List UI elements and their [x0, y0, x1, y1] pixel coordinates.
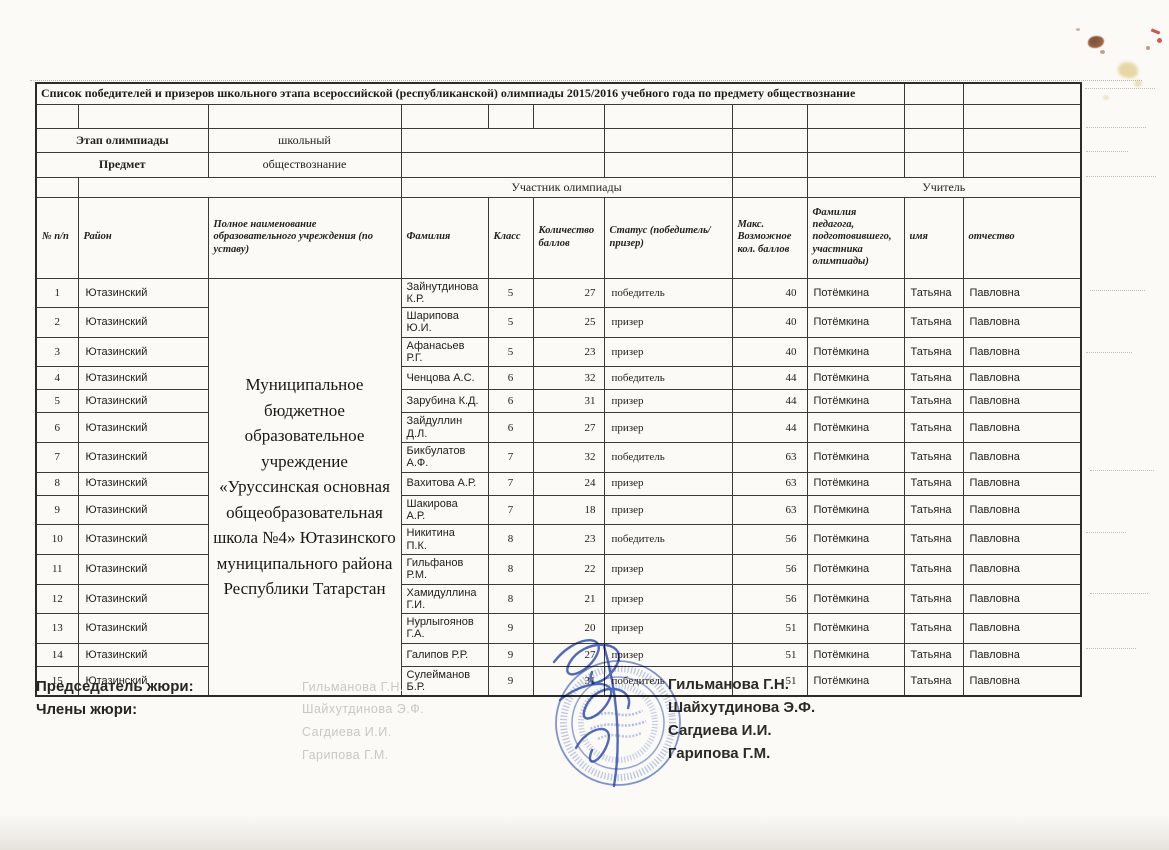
empty-cell — [732, 104, 807, 128]
grade-cell: 5 — [488, 308, 533, 338]
status-cell: победитель — [604, 443, 732, 473]
row-number-cell: 8 — [36, 472, 78, 495]
jury-member-name: Сагдиева И.И. — [668, 722, 772, 739]
school-name: Муниципальное бюджетное образовательное … — [212, 372, 398, 602]
scan-dotted-line — [1090, 470, 1154, 471]
teacher-patronymic-cell: Павловна — [963, 308, 1081, 338]
score-cell: 31 — [533, 666, 604, 696]
row-number-cell: 12 — [36, 584, 78, 614]
teacher-patronymic-cell: Павловна — [963, 666, 1081, 696]
participant-surname-cell: Сулейманов Б.Р. — [401, 666, 488, 696]
teacher-patronymic-cell: Павловна — [963, 337, 1081, 367]
district-cell: Ютазинский — [78, 495, 208, 525]
row-number-cell: 6 — [36, 413, 78, 443]
teacher-name-cell: Татьяна — [904, 472, 963, 495]
paper-stain-red — [1151, 28, 1160, 34]
grade-cell: 9 — [488, 614, 533, 644]
district-cell: Ютазинский — [78, 278, 208, 308]
district-cell: Ютазинский — [78, 390, 208, 413]
jury-ghost-name: Шайхутдинова Э.Ф. — [302, 702, 424, 716]
max-score-cell: 44 — [732, 413, 807, 443]
row-number-cell: 3 — [36, 337, 78, 367]
teacher-patronymic-cell: Павловна — [963, 614, 1081, 644]
grade-cell: 7 — [488, 472, 533, 495]
max-score-cell: 51 — [732, 614, 807, 644]
max-score-cell: 63 — [732, 495, 807, 525]
score-cell: 23 — [533, 525, 604, 555]
school-cell: Муниципальное бюджетное образовательное … — [208, 278, 401, 696]
stamp-center-text — [598, 731, 642, 741]
chairman-label: Председатель жюри: — [36, 678, 194, 695]
status-cell: призер — [604, 614, 732, 644]
paper-stain-brown — [1076, 28, 1080, 31]
teacher-surname-cell: Потёмкина — [807, 413, 904, 443]
scan-dotted-line — [1086, 352, 1132, 353]
empty-cell — [208, 104, 401, 128]
score-cell: 24 — [533, 472, 604, 495]
district-cell: Ютазинский — [78, 643, 208, 666]
row-number-cell: 7 — [36, 443, 78, 473]
status-cell: победитель — [604, 367, 732, 390]
max-score-cell: 40 — [732, 278, 807, 308]
document-title: Список победителей и призеров школьного … — [36, 83, 904, 104]
scan-dotted-line — [1086, 648, 1136, 649]
status-cell: призер — [604, 337, 732, 367]
column-header-district: Район — [78, 197, 208, 278]
score-cell: 23 — [533, 337, 604, 367]
max-score-cell: 44 — [732, 367, 807, 390]
subject-value: обществознание — [208, 152, 401, 177]
scan-dotted-line — [1086, 127, 1146, 128]
scan-dotted-line — [1086, 151, 1128, 152]
grade-cell: 9 — [488, 666, 533, 696]
empty-cell — [732, 177, 807, 197]
paper-stain-yellow — [1134, 80, 1142, 87]
score-cell: 31 — [533, 390, 604, 413]
teacher-patronymic-cell: Павловна — [963, 495, 1081, 525]
grade-cell: 6 — [488, 367, 533, 390]
column-header-max-score: Макс. Возможное кол. баллов — [732, 197, 807, 278]
empty-cell — [78, 104, 208, 128]
empty-cell — [807, 104, 904, 128]
column-header-num: № п/п — [36, 197, 78, 278]
teacher-patronymic-cell: Павловна — [963, 584, 1081, 614]
stage-value: школьный — [208, 128, 401, 152]
max-score-cell: 56 — [732, 584, 807, 614]
status-cell: победитель — [604, 525, 732, 555]
scan-shadow-band — [0, 814, 1169, 850]
teacher-surname-cell: Потёмкина — [807, 308, 904, 338]
scan-dotted-line — [1085, 88, 1155, 89]
table-body: 1 Ютазинский Муниципальное бюджетное обр… — [36, 278, 1081, 696]
participant-surname-cell: Никитина П.К. — [401, 525, 488, 555]
score-cell: 27 — [533, 278, 604, 308]
participant-surname-cell: Гильфанов Р.М. — [401, 554, 488, 584]
score-cell: 27 — [533, 413, 604, 443]
score-cell: 20 — [533, 614, 604, 644]
status-cell: победитель — [604, 278, 732, 308]
paper-stain-red — [1146, 46, 1150, 50]
max-score-cell: 56 — [732, 554, 807, 584]
paper-stain-yellow — [1103, 95, 1109, 100]
teacher-patronymic-cell: Павловна — [963, 390, 1081, 413]
jury-ghost-name: Гильманова Г.Н. — [302, 680, 404, 694]
stage-row: Этап олимпиады школьный — [36, 128, 1081, 152]
empty-cell — [732, 128, 807, 152]
district-cell: Ютазинский — [78, 525, 208, 555]
table-row: 10 Ютазинский Никитина П.К. 8 23 победит… — [36, 525, 1081, 555]
teacher-patronymic-cell: Павловна — [963, 443, 1081, 473]
table-row: 1 Ютазинский Муниципальное бюджетное обр… — [36, 278, 1081, 308]
column-header-status: Статус (победитель/призер) — [604, 197, 732, 278]
empty-cell — [401, 128, 604, 152]
score-cell: 22 — [533, 554, 604, 584]
row-number-cell: 13 — [36, 614, 78, 644]
scan-dotted-line — [1086, 176, 1156, 177]
empty-row — [36, 104, 1081, 128]
empty-cell — [904, 152, 963, 177]
empty-cell — [604, 152, 732, 177]
participant-surname-cell: Вахитова А.Р. — [401, 472, 488, 495]
grade-cell: 8 — [488, 554, 533, 584]
participant-surname-cell: Бикбулатов А.Ф. — [401, 443, 488, 473]
grade-cell: 6 — [488, 390, 533, 413]
teacher-patronymic-cell: Павловна — [963, 367, 1081, 390]
teacher-name-cell: Татьяна — [904, 495, 963, 525]
teacher-patronymic-cell: Павловна — [963, 278, 1081, 308]
title-row: Список победителей и призеров школьного … — [36, 83, 1081, 104]
teacher-name-cell: Татьяна — [904, 554, 963, 584]
district-cell: Ютазинский — [78, 367, 208, 390]
empty-cell — [488, 104, 533, 128]
empty-cell — [36, 177, 78, 197]
empty-cell — [401, 152, 604, 177]
teacher-patronymic-cell: Павловна — [963, 525, 1081, 555]
grade-cell: 5 — [488, 278, 533, 308]
teacher-name-cell: Татьяна — [904, 337, 963, 367]
teacher-name-cell: Татьяна — [904, 390, 963, 413]
column-header-score: Количество баллов — [533, 197, 604, 278]
district-cell: Ютазинский — [78, 337, 208, 367]
teacher-surname-cell: Потёмкина — [807, 584, 904, 614]
teacher-surname-cell: Потёмкина — [807, 337, 904, 367]
row-number-cell: 11 — [36, 554, 78, 584]
scan-dotted-line — [1090, 290, 1145, 291]
grade-cell: 5 — [488, 337, 533, 367]
district-cell: Ютазинский — [78, 413, 208, 443]
empty-cell — [401, 104, 488, 128]
teacher-patronymic-cell: Павловна — [963, 413, 1081, 443]
teacher-name-cell: Татьяна — [904, 308, 963, 338]
table-row: 7 Ютазинский Бикбулатов А.Ф. 7 32 победи… — [36, 443, 1081, 473]
teacher-name-cell: Татьяна — [904, 413, 963, 443]
table-row: 5 Ютазинский Зарубина К.Д. 6 31 призер 4… — [36, 390, 1081, 413]
stage-label: Этап олимпиады — [36, 128, 208, 152]
score-cell: 21 — [533, 584, 604, 614]
column-header-teacher-surname: Фамилия педагога, подготовившего, участн… — [807, 197, 904, 278]
status-cell: призер — [604, 643, 732, 666]
paper-stain-brown — [1088, 36, 1104, 48]
district-cell: Ютазинский — [78, 308, 208, 338]
table-row: 14 Ютазинский Галипов Р.Р. 9 27 призер 5… — [36, 643, 1081, 666]
score-cell: 32 — [533, 443, 604, 473]
status-cell: призер — [604, 413, 732, 443]
teacher-name-cell: Татьяна — [904, 443, 963, 473]
empty-cell — [807, 152, 904, 177]
stamp-center-text — [591, 708, 643, 720]
teacher-name-cell: Татьяна — [904, 584, 963, 614]
teacher-surname-cell: Потёмкина — [807, 472, 904, 495]
max-score-cell: 40 — [732, 308, 807, 338]
participant-surname-cell: Зайдуллин Д.Л. — [401, 413, 488, 443]
max-score-cell: 51 — [732, 643, 807, 666]
status-cell: призер — [604, 390, 732, 413]
teacher-surname-cell: Потёмкина — [807, 614, 904, 644]
grade-cell: 9 — [488, 643, 533, 666]
row-number-cell: 14 — [36, 643, 78, 666]
district-cell: Ютазинский — [78, 472, 208, 495]
empty-cell — [963, 104, 1081, 128]
teacher-surname-cell: Потёмкина — [807, 525, 904, 555]
table-row: 11 Ютазинский Гильфанов Р.М. 8 22 призер… — [36, 554, 1081, 584]
column-header-school: Полное наименование образовательного учр… — [208, 197, 401, 278]
empty-cell — [78, 177, 401, 197]
grade-cell: 8 — [488, 525, 533, 555]
empty-cell — [732, 152, 807, 177]
teacher-name-cell: Татьяна — [904, 666, 963, 696]
teacher-name-cell: Татьяна — [904, 643, 963, 666]
teacher-surname-cell: Потёмкина — [807, 367, 904, 390]
row-number-cell: 9 — [36, 495, 78, 525]
teacher-surname-cell: Потёмкина — [807, 666, 904, 696]
participant-surname-cell: Хамидуллина Г.И. — [401, 584, 488, 614]
participant-surname-cell: Нурлыгоянов Г.А. — [401, 614, 488, 644]
max-score-cell: 63 — [732, 443, 807, 473]
grade-cell: 7 — [488, 495, 533, 525]
status-cell: призер — [604, 472, 732, 495]
jury-member-name: Гарипова Г.М. — [668, 745, 770, 762]
table-row: 2 Ютазинский Шарипова Ю.И. 5 25 призер 4… — [36, 308, 1081, 338]
score-cell: 32 — [533, 367, 604, 390]
participant-group-header: Участник олимпиады — [401, 177, 732, 197]
jury-member-name: Гильманова Г.Н. — [668, 676, 789, 693]
empty-cell — [36, 104, 78, 128]
row-number-cell: 4 — [36, 367, 78, 390]
max-score-cell: 56 — [732, 525, 807, 555]
max-score-cell: 44 — [732, 390, 807, 413]
table-row: 6 Ютазинский Зайдуллин Д.Л. 6 27 призер … — [36, 413, 1081, 443]
jury-ghost-name: Гарипова Г.М. — [302, 748, 389, 762]
empty-cell — [963, 152, 1081, 177]
status-cell: призер — [604, 495, 732, 525]
teacher-name-cell: Татьяна — [904, 525, 963, 555]
table-row: 12 Ютазинский Хамидуллина Г.И. 8 21 приз… — [36, 584, 1081, 614]
empty-cell — [963, 83, 1081, 104]
column-header-row: № п/п Район Полное наименование образова… — [36, 197, 1081, 278]
teacher-name-cell: Татьяна — [904, 278, 963, 308]
grade-cell: 6 — [488, 413, 533, 443]
jury-ghost-name: Сагдиева И.И. — [302, 725, 392, 739]
district-cell: Ютазинский — [78, 554, 208, 584]
teacher-name-cell: Татьяна — [904, 367, 963, 390]
paper-stain-yellow — [1118, 62, 1138, 78]
district-cell: Ютазинский — [78, 443, 208, 473]
group-header-row: Участник олимпиады Учитель — [36, 177, 1081, 197]
empty-cell — [904, 83, 963, 104]
paper-stain-brown — [1100, 50, 1105, 54]
empty-cell — [604, 104, 732, 128]
paper-stain-red — [1157, 38, 1162, 43]
teacher-surname-cell: Потёмкина — [807, 278, 904, 308]
participant-surname-cell: Афанасьев Р.Г. — [401, 337, 488, 367]
empty-cell — [904, 128, 963, 152]
table-head-rows: Список победителей и призеров школьного … — [36, 83, 1081, 278]
teacher-surname-cell: Потёмкина — [807, 495, 904, 525]
teacher-name-cell: Татьяна — [904, 614, 963, 644]
table-row: 3 Ютазинский Афанасьев Р.Г. 5 23 призер … — [36, 337, 1081, 367]
participant-surname-cell: Галипов Р.Р. — [401, 643, 488, 666]
participant-surname-cell: Шакирова А.Р. — [401, 495, 488, 525]
subject-label: Предмет — [36, 152, 208, 177]
scan-dotted-line — [30, 80, 1142, 81]
subject-row: Предмет обществознание — [36, 152, 1081, 177]
column-header-surname: Фамилия — [401, 197, 488, 278]
column-header-grade: Класс — [488, 197, 533, 278]
scanned-document-page: Список победителей и призеров школьного … — [0, 0, 1169, 850]
column-header-teacher-patronymic: отчество — [963, 197, 1081, 278]
teacher-surname-cell: Потёмкина — [807, 443, 904, 473]
teacher-patronymic-cell: Павловна — [963, 643, 1081, 666]
status-cell: призер — [604, 584, 732, 614]
members-label: Члены жюри: — [36, 701, 137, 718]
scan-dotted-line — [1090, 593, 1148, 594]
max-score-cell: 63 — [732, 472, 807, 495]
grade-cell: 8 — [488, 584, 533, 614]
jury-member-name: Шайхутдинова Э.Ф. — [668, 699, 815, 716]
participant-surname-cell: Зарубина К.Д. — [401, 390, 488, 413]
column-header-teacher-name: имя — [904, 197, 963, 278]
score-cell: 25 — [533, 308, 604, 338]
status-cell: призер — [604, 554, 732, 584]
teacher-surname-cell: Потёмкина — [807, 554, 904, 584]
row-number-cell: 2 — [36, 308, 78, 338]
empty-cell — [807, 128, 904, 152]
teacher-patronymic-cell: Павловна — [963, 472, 1081, 495]
score-cell: 18 — [533, 495, 604, 525]
teacher-surname-cell: Потёмкина — [807, 390, 904, 413]
table-row: 9 Ютазинский Шакирова А.Р. 7 18 призер 6… — [36, 495, 1081, 525]
empty-cell — [963, 128, 1081, 152]
participant-surname-cell: Шарипова Ю.И. — [401, 308, 488, 338]
district-cell: Ютазинский — [78, 584, 208, 614]
empty-cell — [904, 104, 963, 128]
teacher-group-header: Учитель — [807, 177, 1081, 197]
empty-cell — [604, 128, 732, 152]
district-cell: Ютазинский — [78, 614, 208, 644]
teacher-surname-cell: Потёмкина — [807, 643, 904, 666]
row-number-cell: 5 — [36, 390, 78, 413]
score-cell: 27 — [533, 643, 604, 666]
max-score-cell: 40 — [732, 337, 807, 367]
row-number-cell: 1 — [36, 278, 78, 308]
table-row: 13 Ютазинский Нурлыгоянов Г.А. 9 20 приз… — [36, 614, 1081, 644]
status-cell: призер — [604, 308, 732, 338]
empty-cell — [533, 104, 604, 128]
teacher-patronymic-cell: Павловна — [963, 554, 1081, 584]
participant-surname-cell: Ченцова А.С. — [401, 367, 488, 390]
table-row: 4 Ютазинский Ченцова А.С. 6 32 победител… — [36, 367, 1081, 390]
table-row: 8 Ютазинский Вахитова А.Р. 7 24 призер 6… — [36, 472, 1081, 495]
stamp-center-text — [590, 719, 646, 731]
olympiad-results-table: Список победителей и призеров школьного … — [35, 82, 1082, 697]
grade-cell: 7 — [488, 443, 533, 473]
scan-dotted-line — [1086, 532, 1126, 533]
row-number-cell: 10 — [36, 525, 78, 555]
participant-surname-cell: Зайнутдинова К.Р. — [401, 278, 488, 308]
